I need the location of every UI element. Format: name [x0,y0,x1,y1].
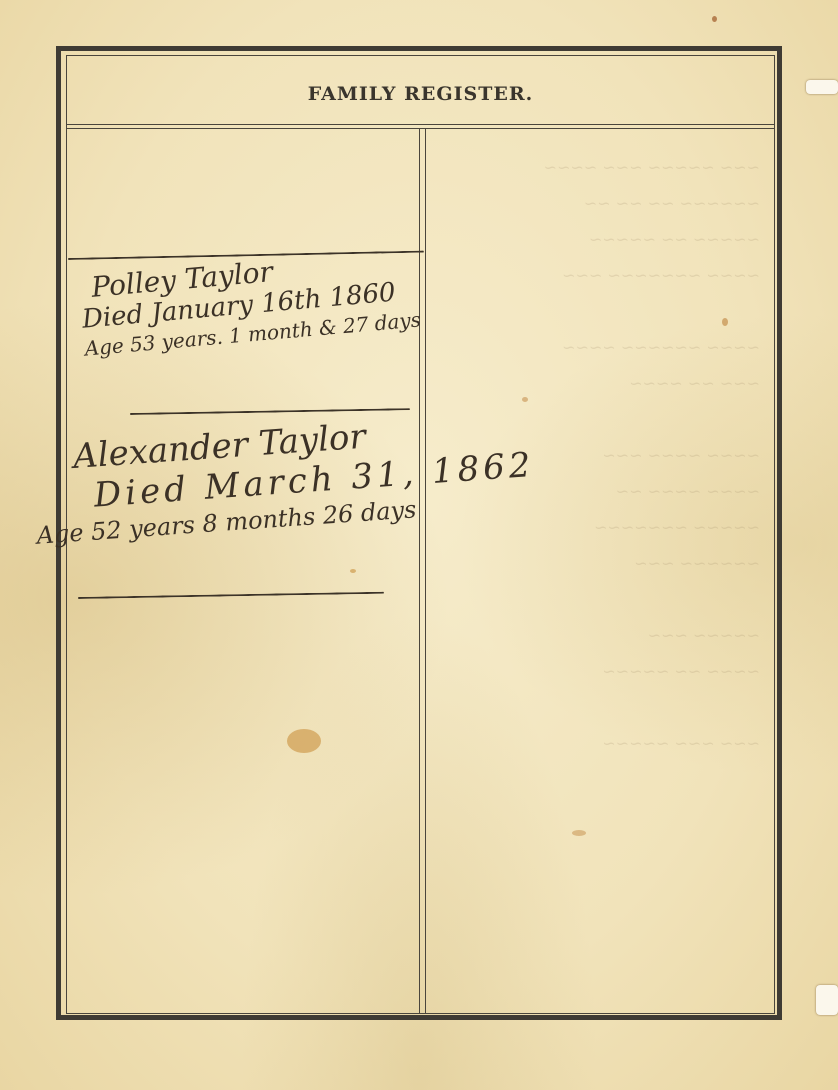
stain [350,569,356,573]
page-header: FAMILY REGISTER. [67,56,774,124]
header-divider [67,128,774,129]
page-title: FAMILY REGISTER. [308,83,534,105]
stain [722,318,728,326]
stain [522,397,528,402]
register-page: FAMILY REGISTER. Polley Taylor Died Janu… [0,0,838,1090]
column-divider [425,129,426,1014]
stain [287,729,321,753]
page-tear [806,80,838,94]
bleed-through-text: ~~~ ~~~~~ ~~~ ~~~~~~~~~~ ~~ ~~ ~~~~~~~ ~… [440,150,760,850]
column-divider [419,129,420,1014]
stain [572,830,586,836]
page-tear [816,985,838,1015]
stain [712,16,717,22]
header-divider [67,124,774,125]
